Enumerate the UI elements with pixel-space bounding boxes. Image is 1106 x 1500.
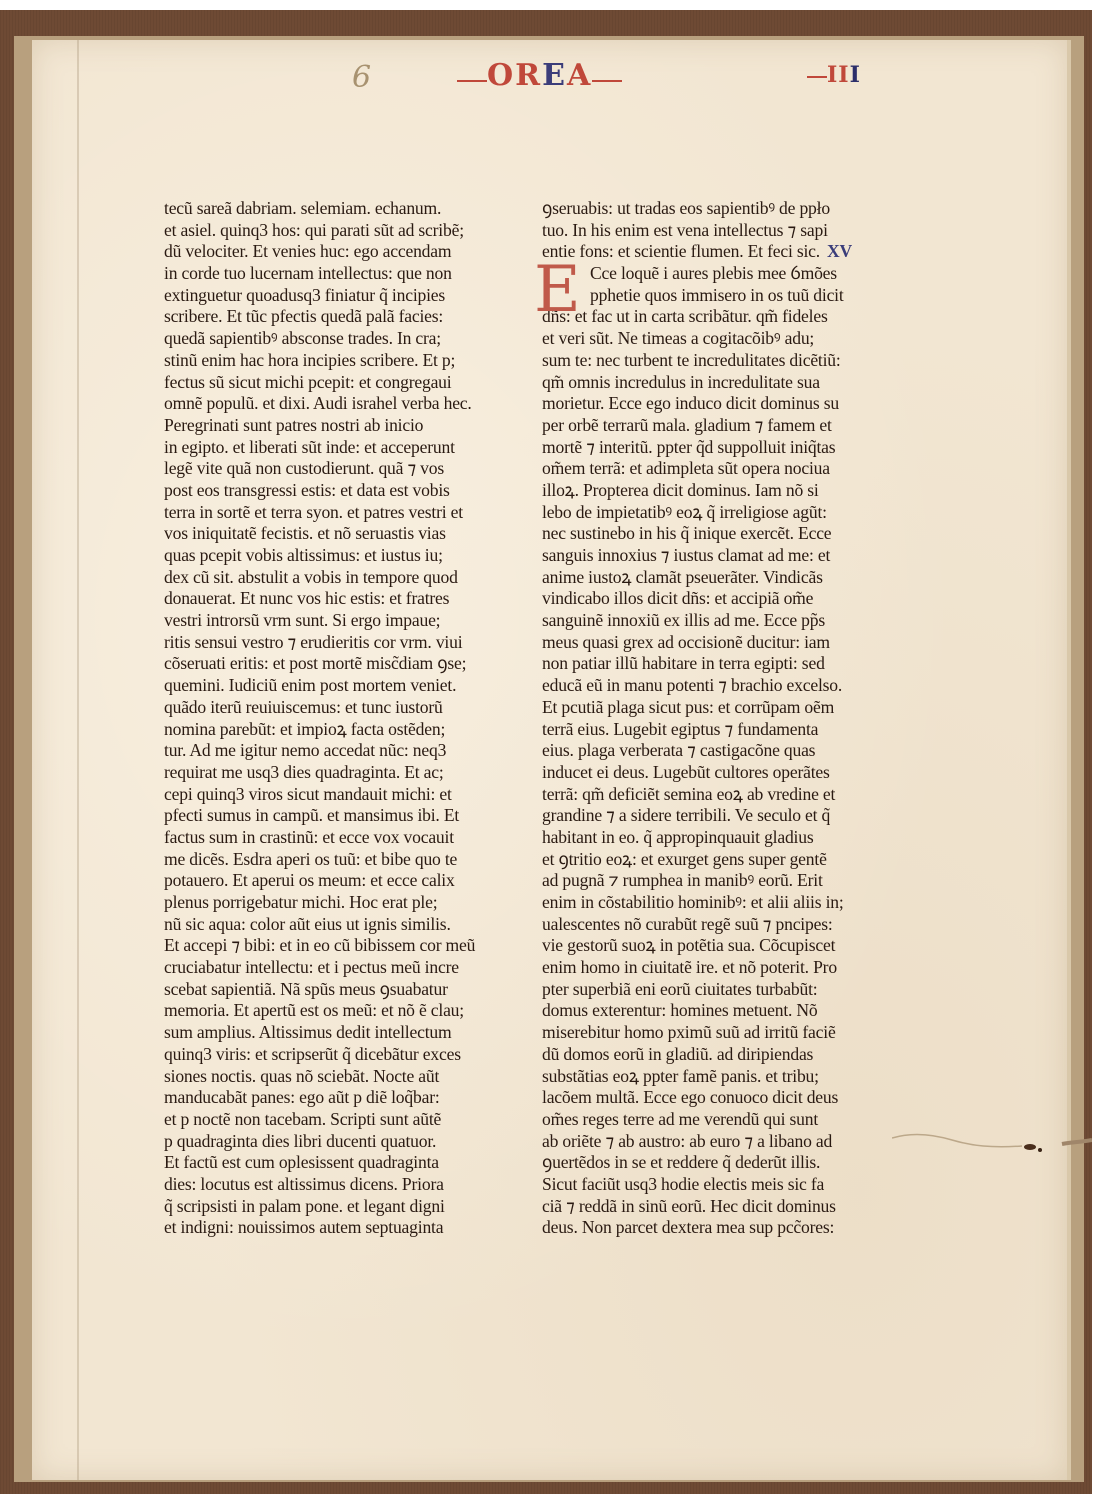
running-title: OREA <box>487 58 592 93</box>
text-line: quemini. Iudiciũ enim post mortem veniet… <box>164 675 504 697</box>
text-line: Et accepi ⁊ bibi: et in eo cũ bibissem c… <box>164 935 504 957</box>
text-line: et indigni: nouissimos autem septuaginta <box>164 1217 504 1239</box>
text-line: morietur. Ecce ego induco dicit dominus … <box>542 393 892 415</box>
text-line: omnẽ populũ. et dixi. Audi israhel verba… <box>164 393 504 415</box>
text-line: nec sustinebo in his q̃ inique exercẽt. … <box>542 523 892 545</box>
text-line: manducabãt panes: ego aũt p diẽ loq̃bar: <box>164 1087 504 1109</box>
text-line: factus sum in crastinũ: et ecce vox voca… <box>164 827 504 849</box>
text-line: et veri sũt. Ne timeas a cogitacõibꝰ adu… <box>542 328 892 350</box>
text-line: mortẽ ⁊ interitũ. ppter q̃d suppolluit i… <box>542 437 892 459</box>
text-line: substãtias eoꝝ ppter famẽ panis. et trib… <box>542 1066 892 1088</box>
text-line: cõseruati eritis: et post mortẽ misc̃dia… <box>164 653 504 675</box>
text-line: tuo. In his enim est vena intellectus ⁊ … <box>542 220 892 242</box>
text-line: donauerat. Et nunc vos hic estis: et fra… <box>164 588 504 610</box>
manuscript-page: 6 OREA III tecũ sareã dabriam. selemiam.… <box>32 40 1071 1480</box>
text-line: et ꝯtritio eoꝝ: et exurget gens super ge… <box>542 849 892 871</box>
running-head: 6 OREA III <box>32 58 1067 118</box>
text-line: domus exterentur: homines metuent. Nõ <box>542 1000 892 1022</box>
text-line: terrã eius. Lugebit egiptus ⁊ fundamenta <box>542 719 892 741</box>
text-line: sum amplius. Altissimus dedit intellectu… <box>164 1022 504 1044</box>
text-line: memoria. Et apertũ est os meũ: et nõ ẽ c… <box>164 1000 504 1022</box>
text-line: requirat me usq3 dies quadraginta. Et ac… <box>164 762 504 784</box>
text-line: plenus porrigebatur michi. Hoc erat ple; <box>164 892 504 914</box>
text-line: cepi quinq3 viros sicut mandauit michi: … <box>164 784 504 806</box>
text-after-chapter: Cce loquẽ i aures plebis mee ỽmõesppheti… <box>542 263 892 1239</box>
text-line: anime iustoꝝ clamãt pseuerãter. Vindicãs <box>542 567 892 589</box>
text-line: miserebitur homo pximũ suũ ad irritũ fac… <box>542 1022 892 1044</box>
text-line: vie gestorũ suoꝝ in potẽtia sua. Cõcupis… <box>542 935 892 957</box>
text-line: lacõem multã. Ecce ego conuoco dicit deu… <box>542 1087 892 1109</box>
text-line: nomina parebũt: et impioꝝ facta ostẽden; <box>164 719 504 741</box>
text-line: me dicẽs. Esdra aperi os tuũ: et bibe qu… <box>164 849 504 871</box>
text-line: pter superbiã eni eorũ ciuitates turbabũ… <box>542 979 892 1001</box>
text-line: in egipto. et liberati sũt inde: et acce… <box>164 437 504 459</box>
text-line: Cce loquẽ i aures plebis mee ỽmões <box>542 263 892 285</box>
text-line: meus quasi grex ad occisionẽ ducitur: ia… <box>542 632 892 654</box>
text-line: Et pcutiã plaga sicut pus: et corrũpam o… <box>542 697 892 719</box>
text-line: terrã: qm̃ deficiẽt semina eoꝝ ab vredin… <box>542 784 892 806</box>
text-line: ad pugnã ⁊ rumphea in manibꝰ eorũ. Erit <box>542 870 892 892</box>
text-line: om̃es reges terre ad me verendũ qui sunt <box>542 1109 892 1131</box>
text-line: Peregrinati sunt patres nostri ab inicio <box>164 415 504 437</box>
text-line: stinũ enim hac hora incipies scribere. E… <box>164 350 504 372</box>
text-line: quedã sapientibꝰ absconse trades. In cra… <box>164 328 504 350</box>
pencil-folio-number: 6 <box>352 60 377 95</box>
text-line: cruciabatur intellectu: et i pectus meũ … <box>164 957 504 979</box>
text-line: dñs: et fac ut in carta scribãtur. qm̃ f… <box>542 306 892 328</box>
text-line: sum te: nec turbent te incredulitates di… <box>542 350 892 372</box>
text-column-left: tecũ sareã dabriam. selemiam. echanum.et… <box>164 198 504 1239</box>
text-line: ritis sensui vestro ⁊ erudieritis cor vr… <box>164 632 504 654</box>
gutter-fold <box>77 40 79 1480</box>
text-line: inducet ei deus. Lugebũt cultores operãt… <box>542 762 892 784</box>
book-board-cover: 6 OREA III tecũ sareã dabriam. selemiam.… <box>0 10 1092 1494</box>
text-line: eius. plaga verberata ⁊ castigacõne quas <box>542 740 892 762</box>
folio-number: III <box>827 62 861 88</box>
text-line: et asiel. quinq3 hos: qui parati sũt ad … <box>164 220 504 242</box>
text-line: q̃ scripsisti in palam pone. et legant d… <box>164 1196 504 1218</box>
text-line: quãdo iterũ reuiuiscemus: et tunc iustor… <box>164 697 504 719</box>
text-line: educã eũ in manu potenti ⁊ brachio excel… <box>542 675 892 697</box>
text-line: sanguinẽ innoxiũ ex illis ad me. Ecce pp… <box>542 610 892 632</box>
text-line: quinq3 viris: et scripserũt q̃ dicebãtur… <box>164 1044 504 1066</box>
text-line: nũ sic aqua: color aũt eius ut ignis sim… <box>164 914 504 936</box>
text-line: dex cũ sit. abstulit a vobis in tempore … <box>164 567 504 589</box>
text-line: fectus sũ sicut michi pcepit: et congreg… <box>164 372 504 394</box>
text-line: qm̃ omnis incredulus in incredulitate su… <box>542 372 892 394</box>
text-line: ab oriẽte ⁊ ab austro: ab euro ⁊ a liban… <box>542 1131 892 1153</box>
text-line: vos iniquitatẽ fecistis. et nõ seruastis… <box>164 523 504 545</box>
text-line: om̃em terrã: et adimpleta sũt opera noci… <box>542 458 892 480</box>
paper-crack <box>892 1130 1092 1160</box>
text-line: tur. Ad me igitur nemo accedat nũc: neq3 <box>164 740 504 762</box>
text-line: vestri introrsũ vrm sunt. Si ergo impaue… <box>164 610 504 632</box>
text-line: vindicabo illos dicit dñs: et accipiã om… <box>542 588 892 610</box>
text-line: scribere. Et tũc pfectis quedã palã faci… <box>164 306 504 328</box>
text-line: et p noctẽ non tacebam. Scripti sunt aũt… <box>164 1109 504 1131</box>
text-line: extinguetur quoadusq3 finiatur q̃ incipi… <box>164 285 504 307</box>
text-line: Et factũ est cum oplesissent quadraginta <box>164 1152 504 1174</box>
text-line: terra in sortẽ et terra syon. et patres … <box>164 502 504 524</box>
text-before-chapter: ꝯseruabis: ut tradas eos sapientibꝰ de p… <box>542 198 892 263</box>
text-line: ciã ⁊ reddã in sinũ eorũ. Hec dicit domi… <box>542 1196 892 1218</box>
text-line: legẽ vite quã non custodierunt. quã ⁊ vo… <box>164 458 504 480</box>
text-line: tecũ sareã dabriam. selemiam. echanum. <box>164 198 504 220</box>
text-line: in corde tuo lucernam intellectus: que n… <box>164 263 504 285</box>
text-line: non patiar illũ habitare in terra egipti… <box>542 653 892 675</box>
text-line: dũ velociter. Et venies huc: ego accenda… <box>164 241 504 263</box>
text-line: potauero. Et aperui os meum: et ecce cal… <box>164 870 504 892</box>
text-line: p quadraginta dies libri ducenti quatuor… <box>164 1131 504 1153</box>
text-line: sanguis innoxius ⁊ iustus clamat ad me: … <box>542 545 892 567</box>
text-line: ꝯseruabis: ut tradas eos sapientibꝰ de p… <box>542 198 892 220</box>
text-line: ualescentes nõ curabũt regẽ suũ ⁊ pncipe… <box>542 914 892 936</box>
text-line: illoꝝ. Propterea dicit dominus. Iam nõ s… <box>542 480 892 502</box>
text-line: grandine ⁊ a sidere terribili. Ve seculo… <box>542 805 892 827</box>
text-line: dies: locutus est altissimus dicens. Pri… <box>164 1174 504 1196</box>
text-line: per orbẽ terrarũ mala. gladium ⁊ famem e… <box>542 415 892 437</box>
text-line: ꝯuertẽdos in se et reddere q̃ dederũt il… <box>542 1152 892 1174</box>
text-line: quas pcepit vobis altissimus: et iustus … <box>164 545 504 567</box>
decorated-initial: E <box>534 258 586 322</box>
text-line: post eos transgressi estis: et data est … <box>164 480 504 502</box>
text-line: habitant in eo. q̃ appropinquauit gladiu… <box>542 827 892 849</box>
text-column-right: ꝯseruabis: ut tradas eos sapientibꝰ de p… <box>542 198 892 1239</box>
text-line: deus. Non parcet dextera mea sup pcc̃ore… <box>542 1217 892 1239</box>
text-line: enim in cõstabilitio hominibꝰ: et alii a… <box>542 892 892 914</box>
text-line: pphetie quos immisero in os tuũ dicit <box>542 285 892 307</box>
text-line: enim homo in ciuitatẽ ire. et nõ poterit… <box>542 957 892 979</box>
text-line: dũ domos eorũ in gladiũ. ad diripiendas <box>542 1044 892 1066</box>
text-line: Sicut faciũt usq3 hodie electis meis sic… <box>542 1174 892 1196</box>
text-line: scebat sapientiã. Nã spũs meus ꝯsuabatur <box>164 979 504 1001</box>
text-line: lebo de impietatibꝰ eoꝝ q̃ irreligiose a… <box>542 502 892 524</box>
text-line: siones noctis. quas nõ sciebãt. Nocte aũ… <box>164 1066 504 1088</box>
text-line: pfecti sumus in campũ. et mansimus ibi. … <box>164 805 504 827</box>
